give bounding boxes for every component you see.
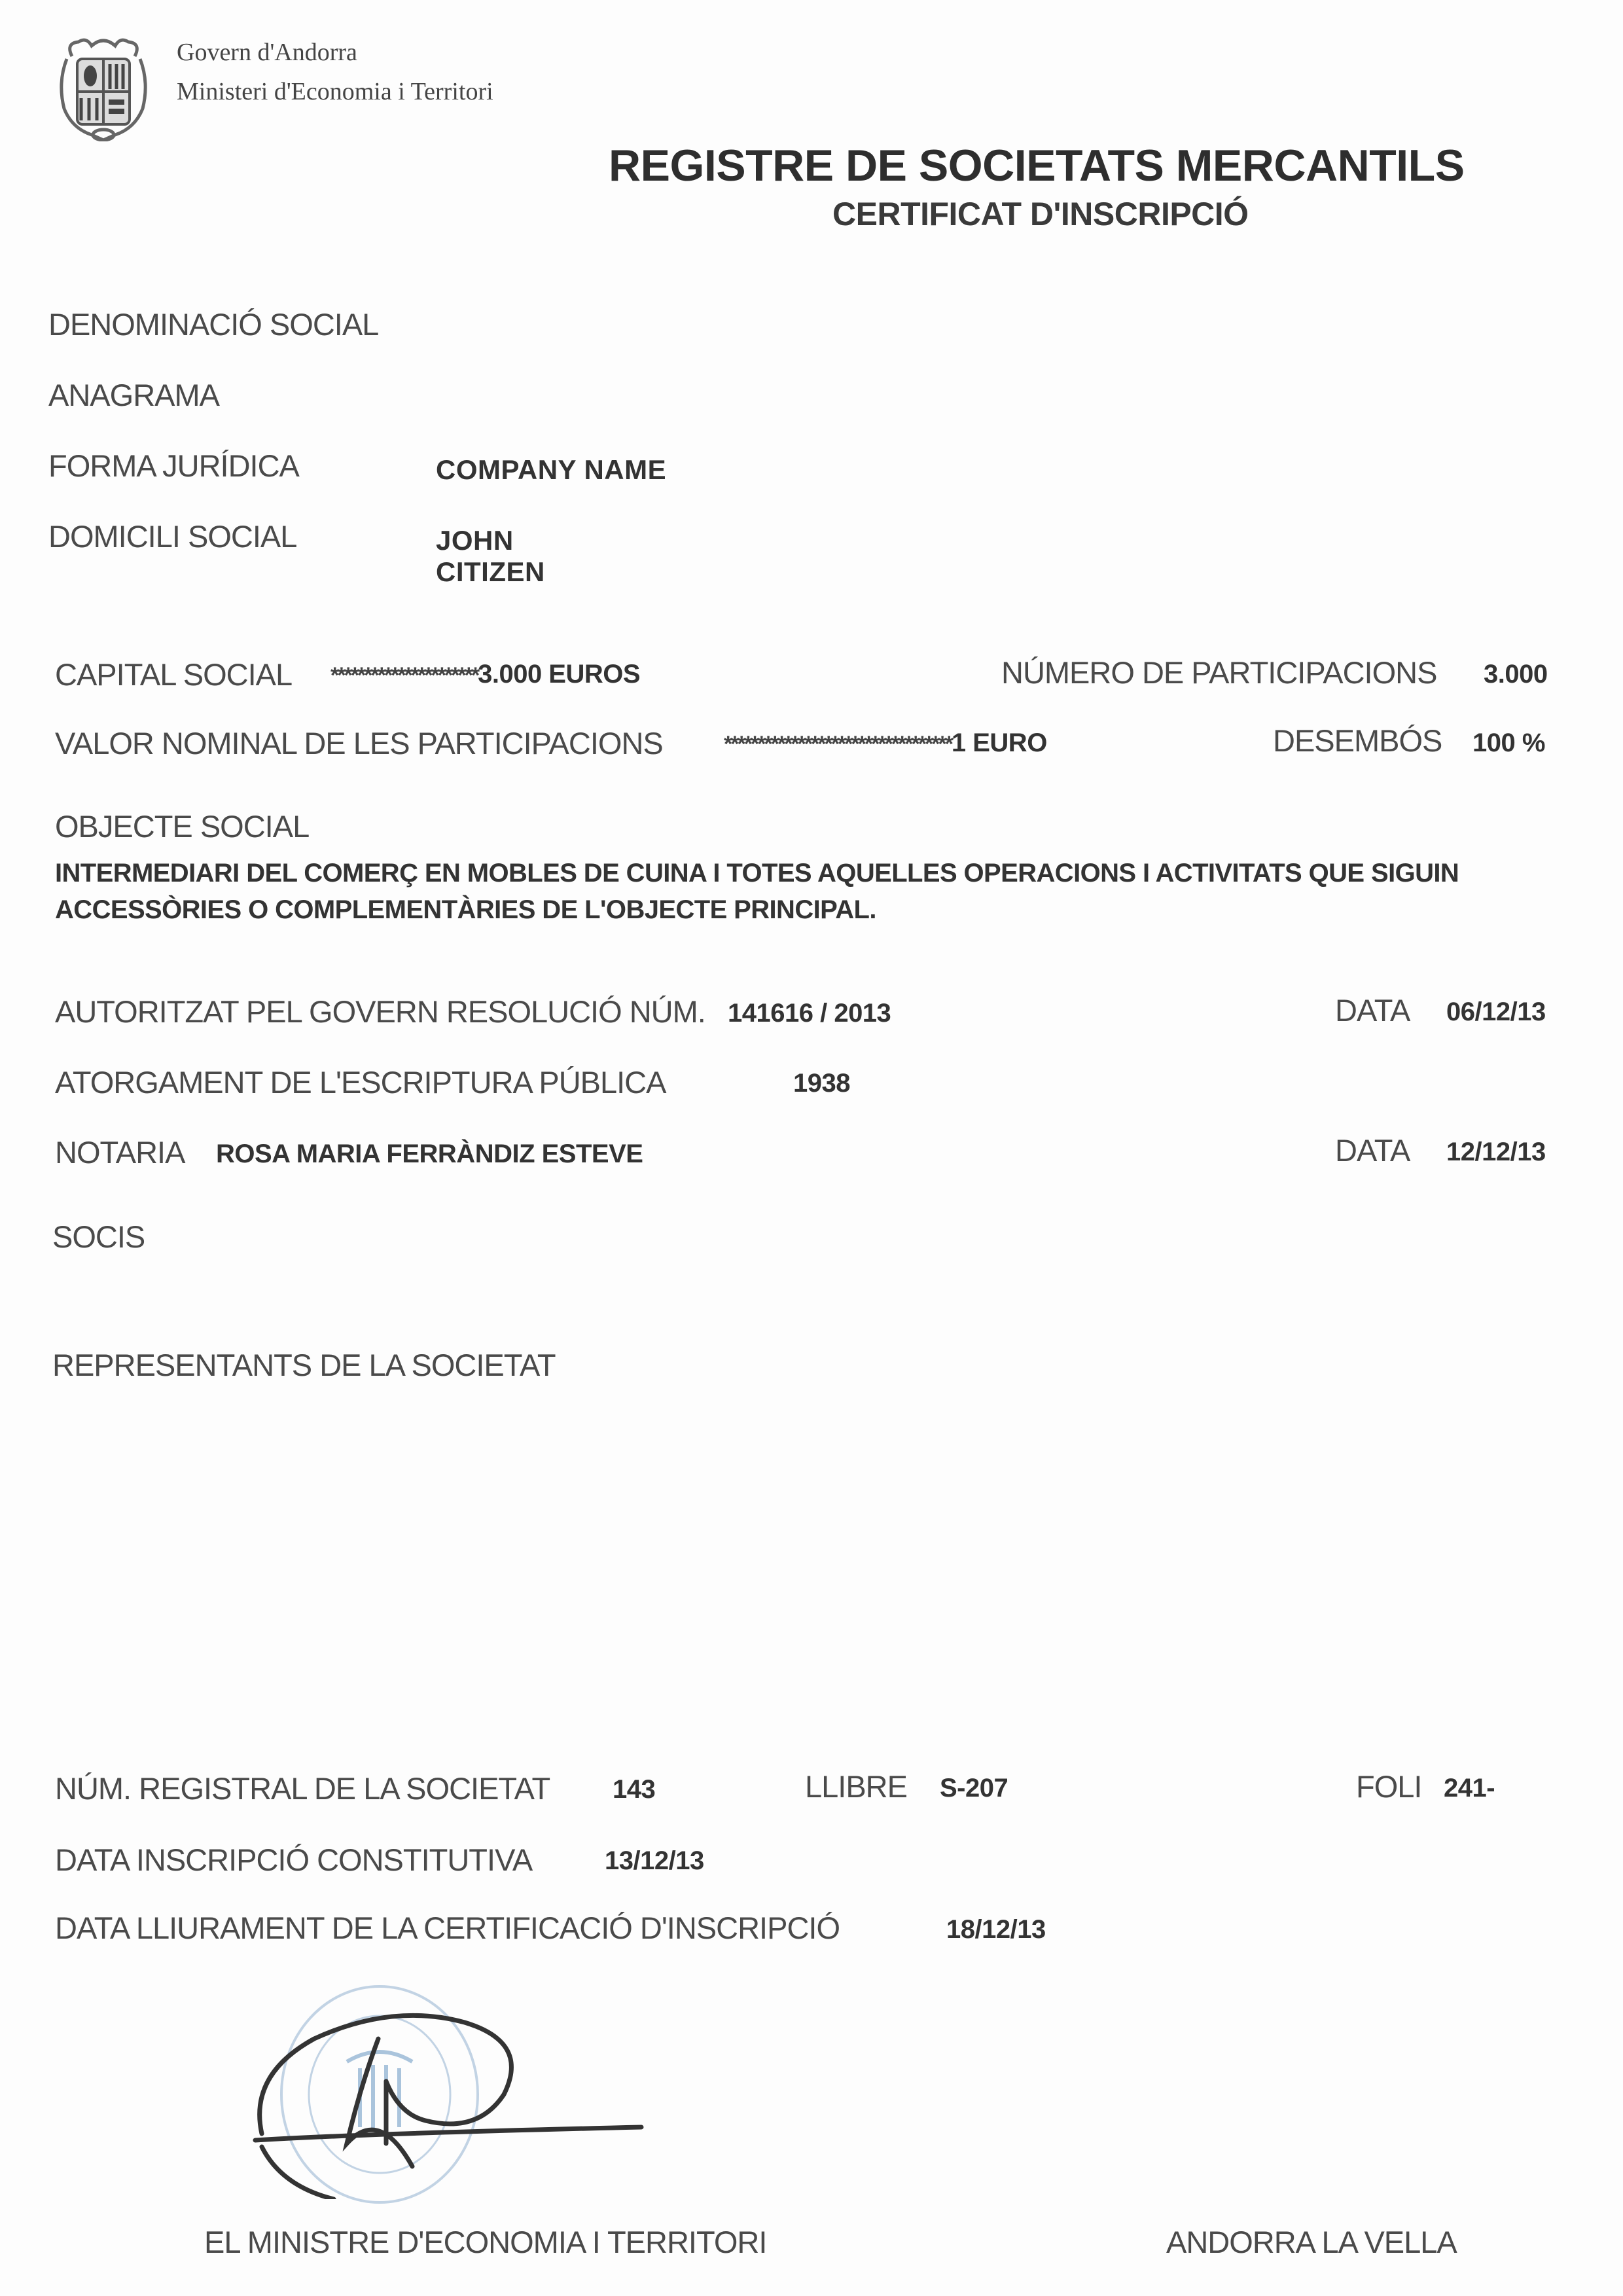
ministry-name: Ministeri d'Economia i Territori: [177, 77, 493, 106]
socis-label: SOCIS: [52, 1219, 145, 1255]
denominacio-social-label: DENOMINACIÓ SOCIAL: [48, 306, 378, 342]
forma-juridica-value: COMPANY NAME: [436, 454, 666, 486]
forma-juridica-label: FORMA JURÍDICA: [48, 448, 299, 484]
autoritzat-date: 06/12/13: [1446, 997, 1546, 1027]
capital-social-fill: **********************: [330, 663, 478, 688]
signature-icon: [229, 1977, 648, 2199]
valor-nominal-row: **********************************1 EURO: [724, 728, 1047, 758]
llibre-label: LLIBRE: [805, 1768, 907, 1804]
valor-nominal-value: 1 EURO: [952, 728, 1047, 757]
institution-name: Govern d'Andorra: [177, 38, 357, 67]
desembos-label: DESEMBÓS: [1273, 723, 1442, 759]
domicili-social-label: DOMICILI SOCIAL: [48, 518, 296, 554]
llibre-value: S-207: [940, 1774, 1008, 1803]
num-registral-label: NÚM. REGISTRAL DE LA SOCIETAT: [55, 1770, 550, 1806]
document-subtitle: CERTIFICAT D'INSCRIPCIÓ: [832, 195, 1249, 233]
representants-label: REPRESENTANTS DE LA SOCIETAT: [52, 1347, 556, 1383]
place: ANDORRA LA VELLA: [1166, 2224, 1457, 2260]
desembos-value: 100 %: [1472, 728, 1545, 758]
document-title: REGISTRE DE SOCIETATS MERCANTILS: [609, 140, 1465, 191]
num-registral-value: 143: [613, 1775, 655, 1804]
notaria-value: ROSA MARIA FERRÀNDIZ ESTEVE: [216, 1139, 643, 1169]
andorra-coat-of-arms-icon: [52, 37, 154, 141]
notaria-date: 12/12/13: [1446, 1138, 1546, 1167]
autoritzat-label: AUTORITZAT PEL GOVERN RESOLUCIÓ NÚM.: [55, 994, 705, 1030]
capital-social-value: 3.000 EUROS: [478, 660, 640, 689]
data-lliurament-value: 18/12/13: [946, 1915, 1046, 1945]
capital-social-row: **********************3.000 EUROS: [330, 660, 640, 689]
signatory-title: EL MINISTRE D'ECONOMIA I TERRITORI: [204, 2224, 766, 2260]
notaria-date-label: DATA: [1335, 1132, 1410, 1168]
signature: [229, 1977, 648, 2199]
foli-value: 241-: [1444, 1774, 1495, 1803]
coat-of-arms-logo: [52, 37, 154, 141]
atorgament-value: 1938: [793, 1069, 850, 1098]
foli-label: FOLI: [1356, 1768, 1421, 1804]
numero-participacions-value: 3.000: [1484, 660, 1548, 689]
data-inscripcio-value: 13/12/13: [605, 1846, 704, 1876]
objecte-social-value: INTERMEDIARI DEL COMERÇ EN MOBLES DE CUI…: [55, 855, 1580, 928]
anagrama-label: ANAGRAMA: [48, 377, 219, 413]
capital-social-label: CAPITAL SOCIAL: [55, 656, 292, 692]
valor-nominal-fill: **********************************: [724, 732, 952, 757]
notaria-label: NOTARIA: [55, 1134, 185, 1170]
data-lliurament-label: DATA LLIURAMENT DE LA CERTIFICACIÓ D'INS…: [55, 1910, 840, 1946]
atorgament-label: ATORGAMENT DE L'ESCRIPTURA PÚBLICA: [55, 1064, 666, 1100]
objecte-social-label: OBJECTE SOCIAL: [55, 808, 309, 844]
domicili-social-value-line1: JOHN: [436, 525, 514, 556]
data-inscripcio-label: DATA INSCRIPCIÓ CONSTITUTIVA: [55, 1842, 532, 1878]
valor-nominal-label: VALOR NOMINAL DE LES PARTICIPACIONS: [55, 725, 663, 761]
autoritzat-date-label: DATA: [1335, 992, 1410, 1028]
domicili-social-value-line2: CITIZEN: [436, 556, 545, 588]
numero-participacions-label: NÚMERO DE PARTICIPACIONS: [1001, 655, 1436, 691]
autoritzat-value: 141616 / 2013: [728, 999, 891, 1028]
